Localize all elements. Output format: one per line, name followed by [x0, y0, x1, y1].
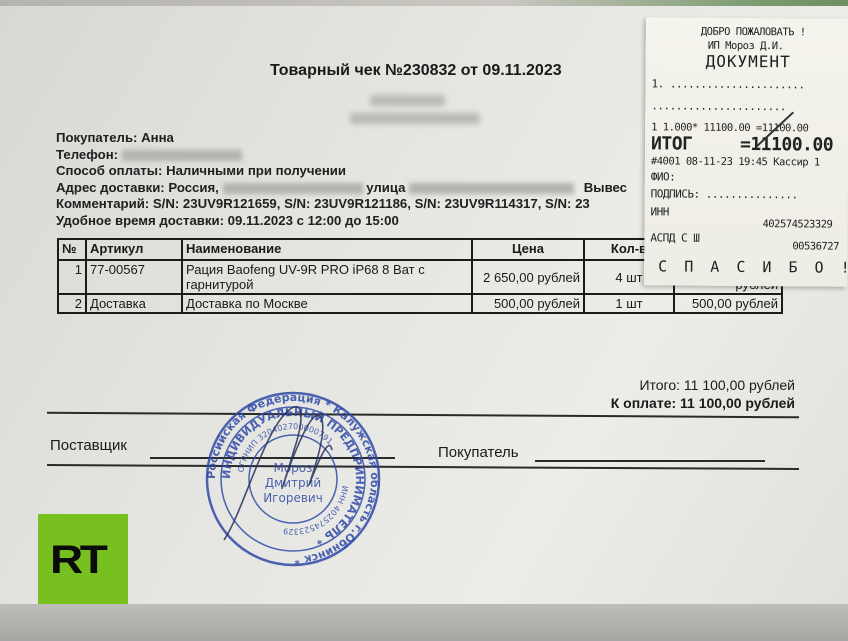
comment-line: Комментарий: S/N: 23UV9R121659, S/N: 23U…	[56, 196, 627, 213]
rt-logo: RT	[38, 514, 128, 604]
cell-no: 2	[58, 294, 86, 313]
phone-label: Телефон:	[56, 147, 118, 162]
stamp-name-1: Мороз	[273, 461, 312, 475]
total-line: Итого: 11 100,00 рублей	[611, 376, 795, 394]
receipt-doc-title: ДОКУМЕНТ	[706, 52, 791, 72]
pen-mark	[755, 110, 795, 150]
redacted-phone	[122, 150, 242, 161]
to-pay-line: К оплате: 11 100,00 рублей	[611, 394, 795, 412]
cell-sum: 500,00 рублей	[674, 294, 782, 313]
cell-no: 1	[58, 260, 86, 294]
stamp-name-2: Дмитрий	[265, 476, 321, 490]
receipt-seller: ИП Мороз Д.И.	[708, 40, 784, 53]
address-trail: Вывес	[584, 180, 627, 195]
cell-article: 77-00567	[86, 260, 182, 294]
buyer-label: Покупатель	[438, 444, 519, 461]
receipt-fio: ФИО:	[651, 170, 676, 183]
totals-block: Итого: 11 100,00 рублей К оплате: 11 100…	[611, 376, 795, 412]
supplier-label: Поставщик	[50, 437, 127, 454]
header-no: №	[58, 239, 86, 260]
background-bottom	[0, 604, 848, 641]
redacted-seller-phone	[350, 113, 480, 124]
receipt-line-1: 1. ......................	[651, 77, 804, 91]
delivery-time-line: Удобное время доставки: 09.11.2023 с 12:…	[56, 213, 627, 230]
cash-receipt: ДОБРО ПОЖАЛОВАТЬ ! ИП Мороз Д.И. ДОКУМЕН…	[644, 17, 848, 286]
table-row: 2 Доставка Доставка по Москве 500,00 руб…	[58, 294, 782, 313]
address-label: Адрес доставки: Россия,	[56, 180, 219, 195]
address-street: улица	[366, 180, 405, 195]
receipt-welcome: ДОБРО ПОЖАЛОВАТЬ !	[701, 26, 806, 39]
receipt-inn-value: 402574523329	[762, 218, 832, 230]
customer-info: Покупатель: Анна Телефон: Способ оплаты:…	[56, 130, 627, 230]
receipt-aspd-label: АСПД С Ш	[650, 231, 699, 244]
seal-stamp: Российская Федерация * Калужская область…	[204, 390, 382, 568]
redacted-seller-name	[370, 95, 445, 106]
invoice-title: Товарный чек №230832 от 09.11.2023	[270, 62, 562, 80]
redacted-street	[409, 183, 574, 194]
cell-name: Доставка по Москве	[182, 294, 472, 313]
cell-price: 2 650,00 рублей	[472, 260, 584, 294]
address-line: Адрес доставки: Россия, улица Вывес	[56, 180, 627, 197]
receipt-signature: ПОДПИСЬ: ...............	[651, 187, 798, 201]
rt-logo-text: RT	[50, 538, 104, 583]
buyer-line: Покупатель: Анна	[56, 130, 627, 147]
header-article: Артикул	[86, 239, 182, 260]
receipt-total-label: ИТОГ	[651, 133, 693, 154]
buyer-signature-line	[535, 460, 765, 462]
cell-article: Доставка	[86, 294, 182, 313]
phone-line: Телефон:	[56, 147, 627, 164]
cell-name: Рация Baofeng UV-9R PRO iP68 8 Ват с гар…	[182, 260, 472, 294]
redacted-city	[223, 183, 363, 194]
receipt-meta: #4001 08-11-23 19:45 Кассир 1	[651, 155, 820, 168]
receipt-inn-label: ИНН	[651, 205, 669, 218]
stamp-name-3: Игоревич	[263, 491, 323, 505]
receipt-thanks: С П А С И Б О !	[658, 257, 848, 276]
header-price: Цена	[472, 239, 584, 260]
cell-qty: 1 шт	[584, 294, 674, 313]
receipt-aspd-value: 00536727	[792, 240, 839, 252]
cell-price: 500,00 рублей	[472, 294, 584, 313]
header-name: Наименование	[182, 239, 472, 260]
payment-line: Способ оплаты: Наличными при получении	[56, 163, 627, 180]
